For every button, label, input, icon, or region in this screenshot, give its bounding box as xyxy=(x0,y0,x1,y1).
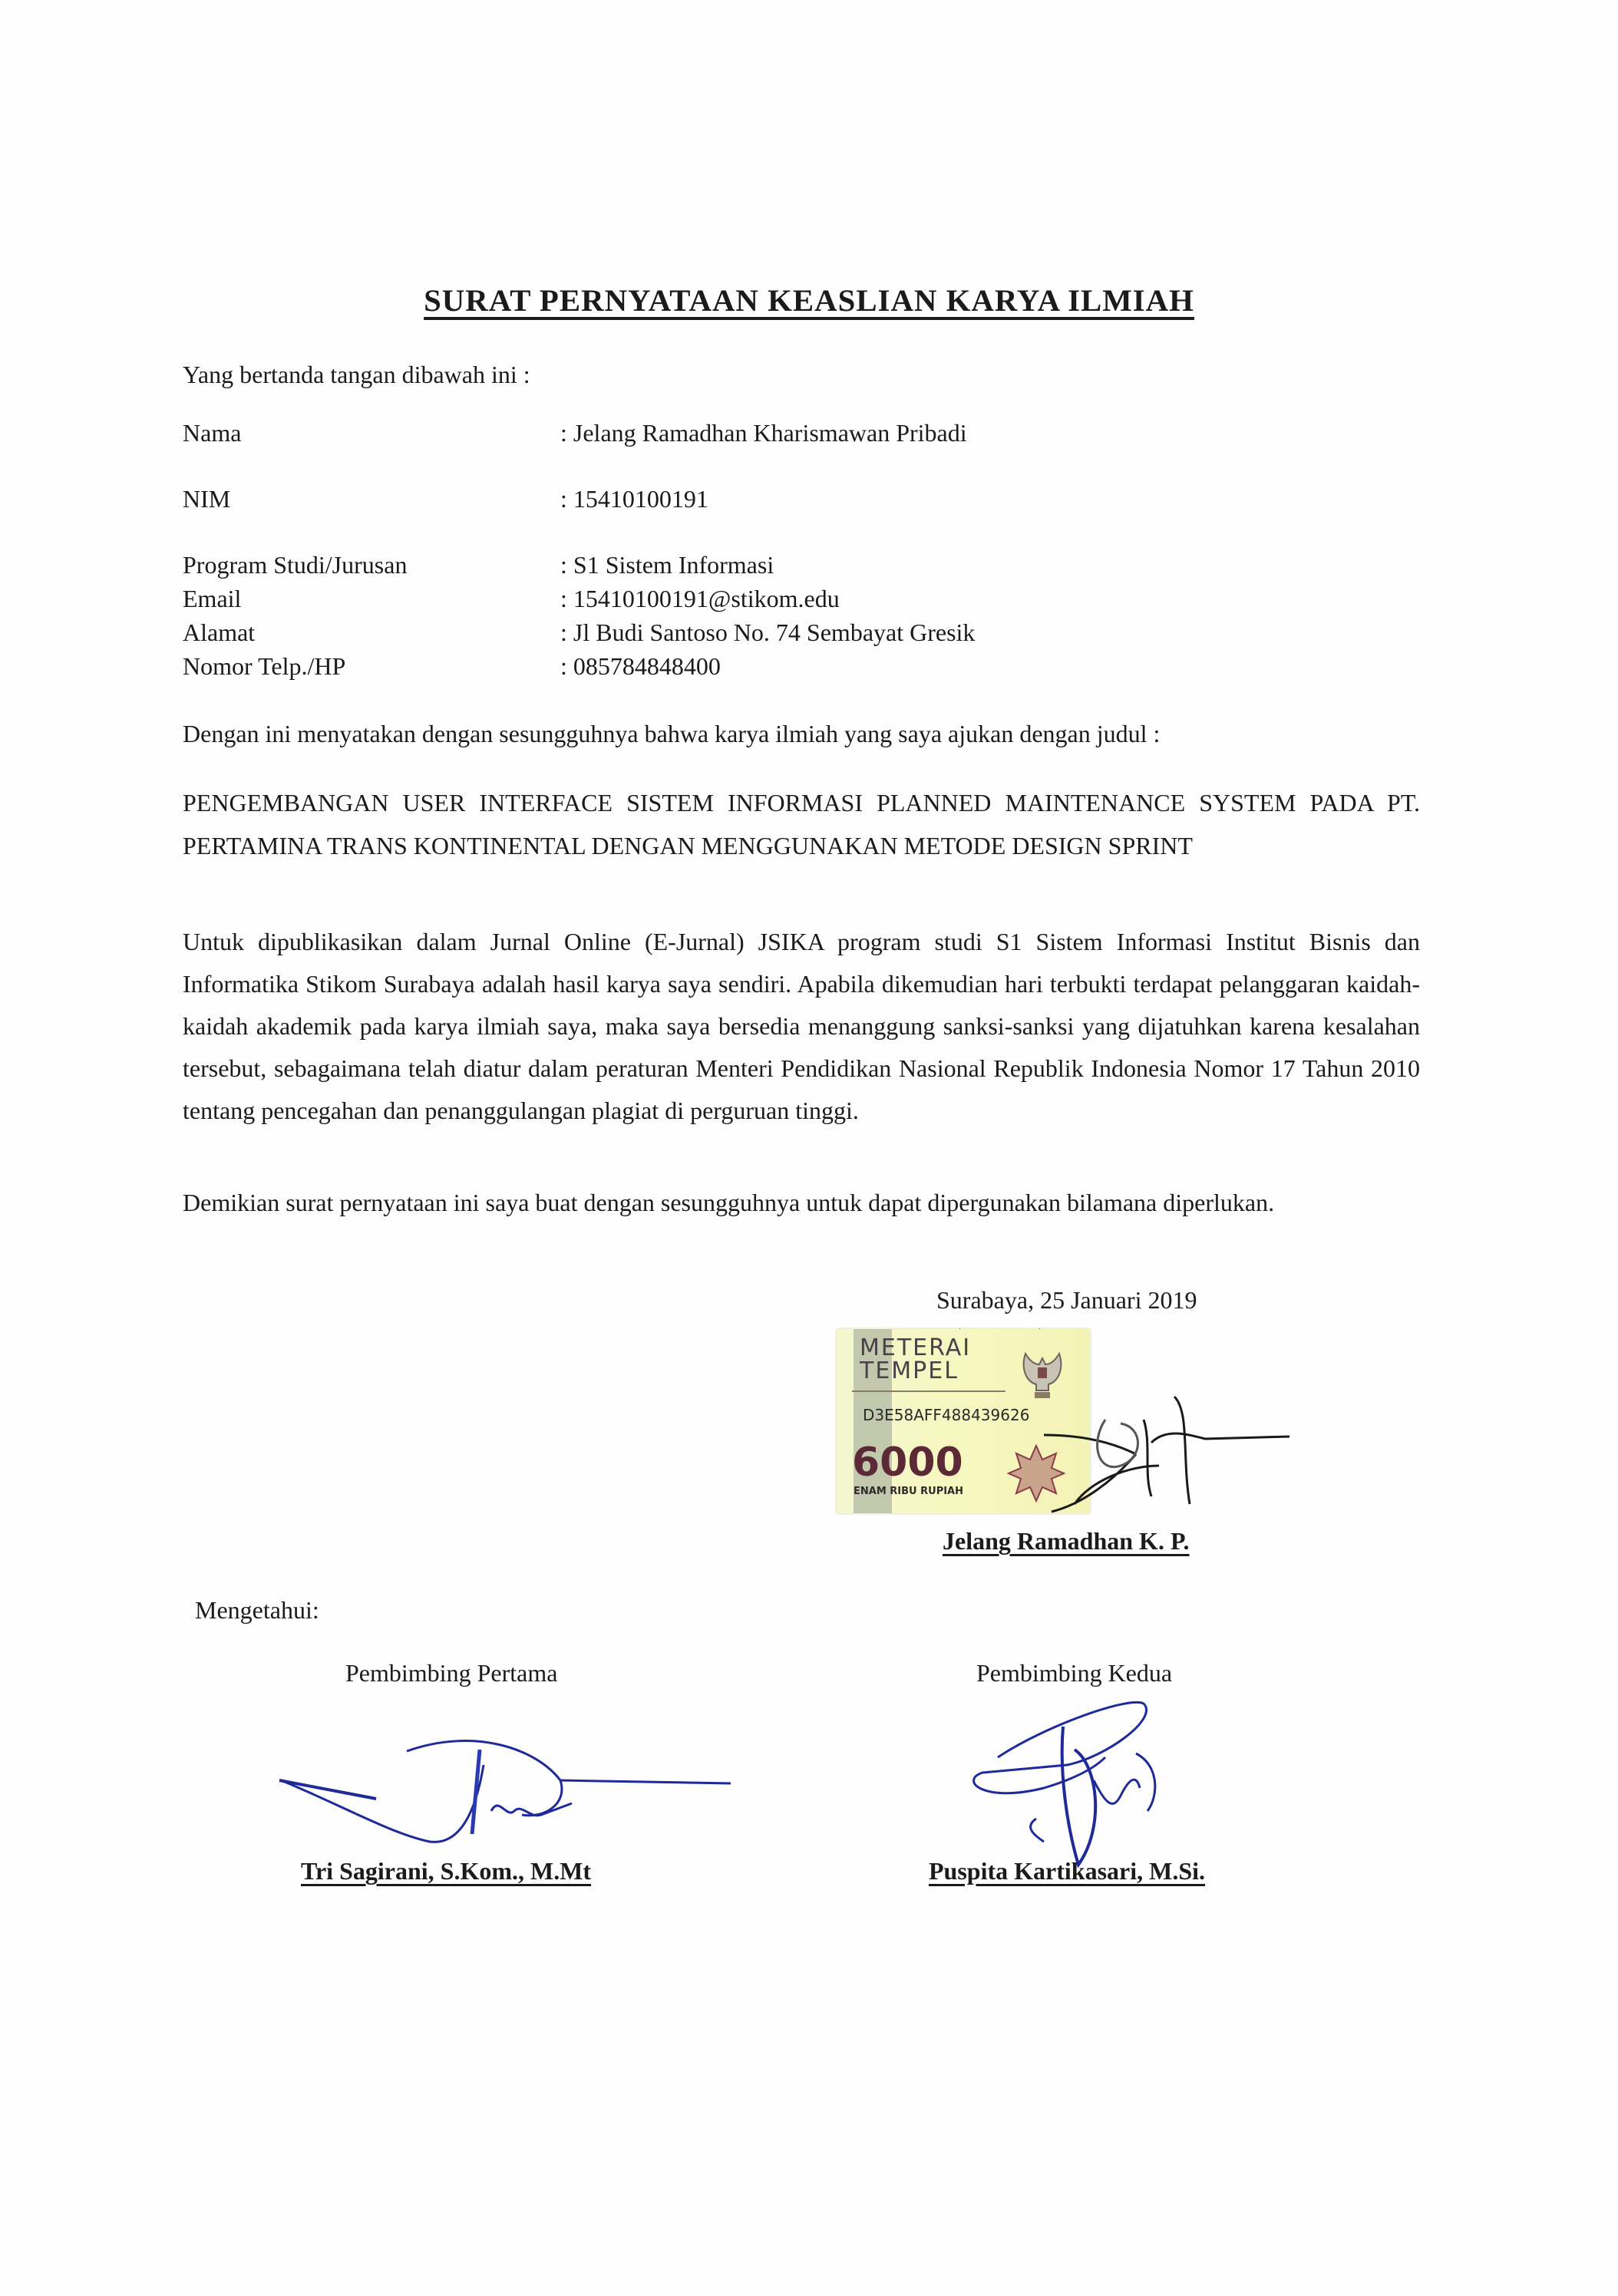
document-title: SURAT PERNYATAAN KEASLIAN KARYA ILMIAH xyxy=(0,282,1618,318)
author-name: Jelang Ramadhan K. P. xyxy=(943,1527,1190,1555)
field-label-email: Email xyxy=(183,585,241,613)
stamp-value: 6000 xyxy=(852,1443,963,1483)
statement-text: Dengan ini menyatakan dengan sesungguhny… xyxy=(183,717,1160,750)
document-page: SURAT PERNYATAAN KEASLIAN KARYA ILMIAH Y… xyxy=(0,0,1618,2296)
field-label-telepon: Nomor Telp./HP xyxy=(183,652,345,681)
declaration-paragraph: Untuk dipublikasikan dalam Jurnal Online… xyxy=(183,921,1420,1132)
stamp-words: ENAM RIBU RUPIAH xyxy=(854,1486,963,1497)
field-label-nim: NIM xyxy=(183,485,230,513)
field-label-alamat: Alamat xyxy=(183,619,255,647)
acknowledged-label: Mengetahui: xyxy=(195,1596,319,1625)
intro-text: Yang bertanda tangan dibawah ini : xyxy=(183,358,530,391)
field-value-alamat: : Jl Budi Santoso No. 74 Sembayat Gresik xyxy=(560,619,975,647)
field-value-nim: : 15410100191 xyxy=(560,485,708,513)
field-value-program-studi: : S1 Sistem Informasi xyxy=(560,551,774,579)
author-signature xyxy=(959,1366,1297,1535)
advisor-2-name: Puspita Kartikasari, M.Si. xyxy=(929,1857,1205,1885)
field-value-email: : 15410100191@stikom.edu xyxy=(560,585,840,613)
advisor-2-role: Pembimbing Kedua xyxy=(976,1659,1172,1687)
thesis-title: PENGEMBANGAN USER INTERFACE SISTEM INFOR… xyxy=(183,781,1420,867)
field-label-nama: Nama xyxy=(183,419,241,447)
place-date: Surabaya, 25 Januari 2019 xyxy=(936,1286,1197,1315)
field-value-nama: : Jelang Ramadhan Kharismawan Pribadi xyxy=(560,419,967,447)
advisor-1-name: Tri Sagirani, S.Kom., M.Mt xyxy=(301,1857,591,1885)
advisor-1-role: Pembimbing Pertama xyxy=(345,1659,557,1687)
advisor-2-signature xyxy=(952,1696,1197,1872)
field-value-telepon: : 085784848400 xyxy=(560,652,721,681)
stamp-title: METERAI TEMPEL xyxy=(860,1337,971,1383)
closing-paragraph: Demikian surat pernyataan ini saya buat … xyxy=(183,1182,1420,1224)
field-label-program-studi: Program Studi/Jurusan xyxy=(183,551,407,579)
